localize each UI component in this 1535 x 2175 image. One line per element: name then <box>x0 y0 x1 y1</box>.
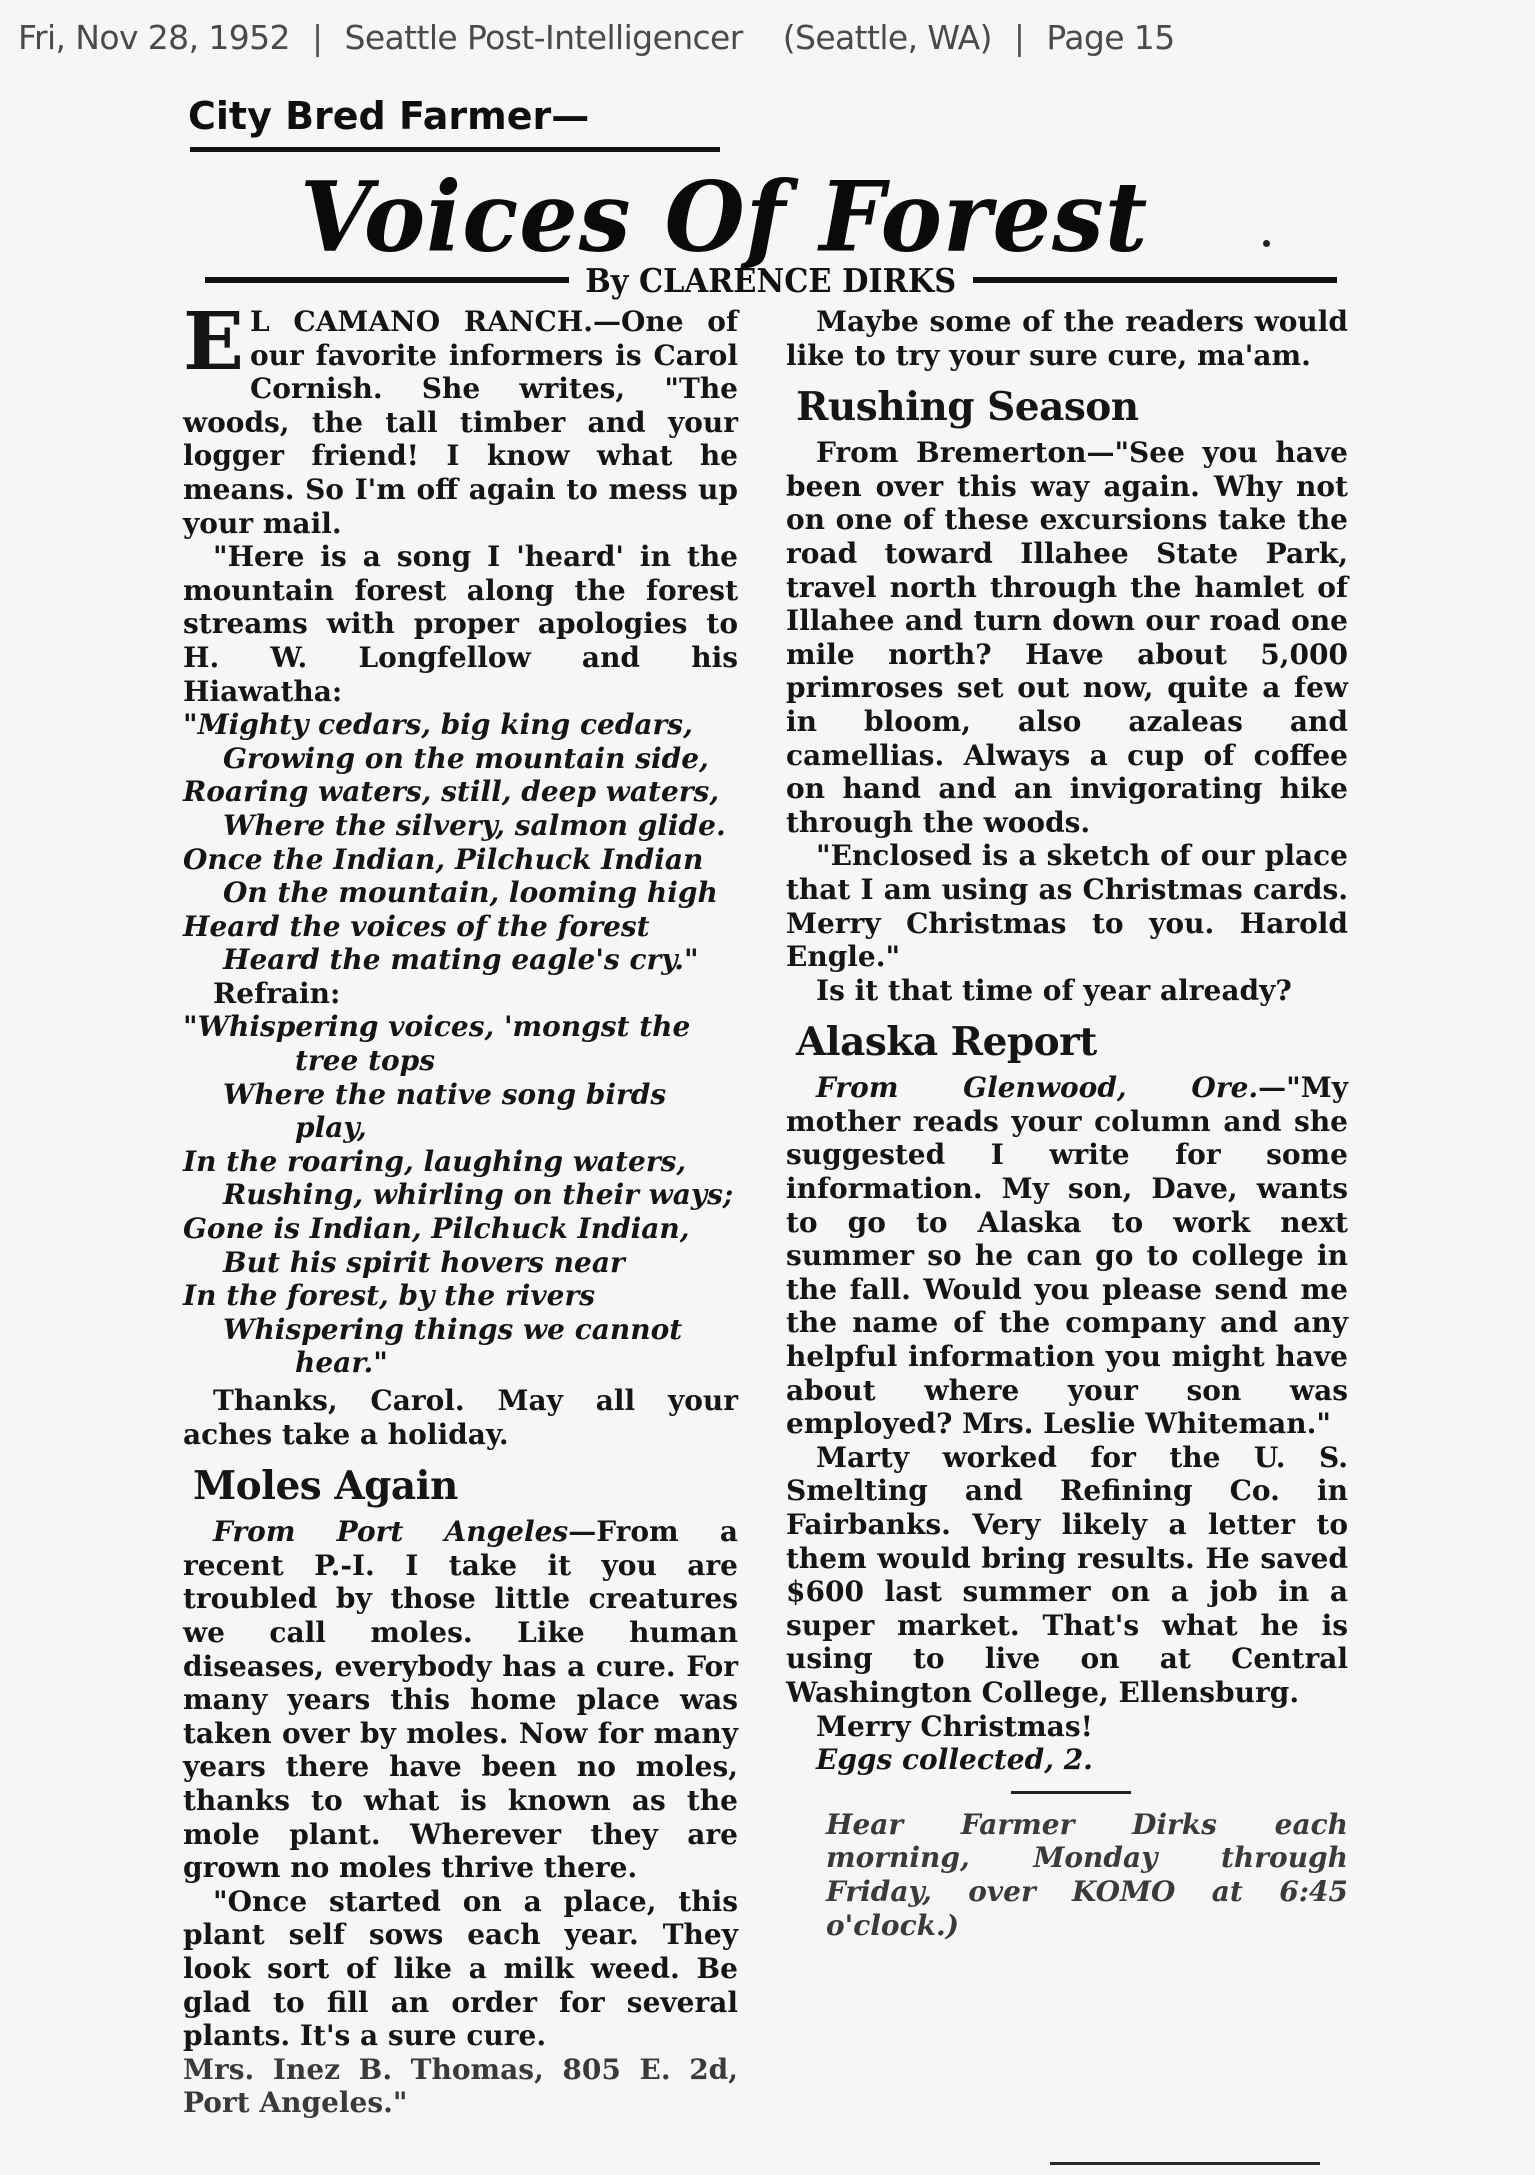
verse-line: Growing on the mountain side, <box>183 742 738 776</box>
verse-line: On the mountain, looming high <box>183 876 738 910</box>
section-end-rule <box>1011 1791 1131 1794</box>
rushing-letter-paragraph: From Bremerton—"See you have been over t… <box>786 436 1348 839</box>
publication-name: Seattle Post-Intelligencer <box>344 18 742 57</box>
refrain-line: play, <box>183 1111 738 1145</box>
rushing-letter-paragraph-2: "Enclosed is a sketch of our place that … <box>786 839 1348 973</box>
right-column: Maybe some of the readers would like to … <box>786 305 1348 1942</box>
print-speck <box>1263 240 1270 247</box>
moles-letter-signature: Mrs. Inez B. Thomas, 805 E. 2d, Port Ang… <box>183 2053 738 2120</box>
kicker-underline <box>190 147 720 152</box>
section-heading-rushing: Rushing Season <box>796 382 1348 432</box>
verse-line: Roaring waters, still, deep waters, <box>183 775 738 809</box>
refrain-line: In the forest, by the rivers <box>183 1279 738 1313</box>
refrain-line: Whispering things we cannot <box>183 1313 738 1347</box>
refrain-line: Where the native song birds <box>183 1078 738 1112</box>
thanks-paragraph: Thanks, Carol. May all your aches take a… <box>183 1384 738 1451</box>
moles-reply: Maybe some of the readers would like to … <box>786 305 1348 372</box>
poem-verse: "Mighty cedars, big king cedars,Growing … <box>183 708 738 977</box>
byline-rule-left <box>205 277 569 283</box>
dateline-place: From Bremerton <box>816 436 1086 469</box>
article-end-rule <box>1050 2162 1320 2165</box>
closing-greeting: Merry Christmas! <box>786 1710 1348 1744</box>
section-heading-alaska: Alaska Report <box>796 1017 1348 1067</box>
verse-line: Heard the voices of the forest <box>183 910 738 944</box>
verse-line: "Mighty cedars, big king cedars, <box>183 708 738 742</box>
refrain-label: Refrain: <box>183 977 738 1011</box>
byline: By CLARENCE DIRKS <box>585 261 956 300</box>
refrain-line: "Whispering voices, 'mongst the <box>183 1010 738 1044</box>
moles-letter-paragraph: From Port Angeles—From a recent P.-I. I … <box>183 1515 738 1885</box>
verse-line: Once the Indian, Pilchuck Indian <box>183 843 738 877</box>
page-number: Page 15 <box>1046 18 1174 57</box>
byline-rule-right <box>973 277 1337 283</box>
refrain-line: But his spirit hovers near <box>183 1246 738 1280</box>
alaska-reply: Marty worked for the U. S. Smelting and … <box>786 1441 1348 1710</box>
refrain-line: hear." <box>183 1346 738 1380</box>
radio-footnote: Hear Farmer Dirks each morning, Monday t… <box>786 1808 1348 1942</box>
refrain-line: Gone is Indian, Pilchuck Indian, <box>183 1212 738 1246</box>
verse-line: Where the silvery, salmon glide. <box>183 809 738 843</box>
publication-date: Fri, Nov 28, 1952 <box>18 18 290 57</box>
intro-paragraph: EL CAMANO RANCH.—One of our favorite inf… <box>183 305 738 540</box>
section-heading-moles: Moles Again <box>193 1461 738 1511</box>
song-intro-paragraph: "Here is a song I 'heard' in the mountai… <box>183 540 738 708</box>
publication-location: (Seattle, WA) <box>783 18 992 57</box>
rushing-reply: Is it that time of year already? <box>786 974 1348 1008</box>
clipping-header: Fri, Nov 28, 1952|Seattle Post-Intellige… <box>18 18 1518 68</box>
left-column: EL CAMANO RANCH.—One of our favorite inf… <box>183 305 738 2120</box>
header-separator: | <box>312 18 323 57</box>
header-separator: | <box>1014 18 1025 57</box>
drop-cap: E <box>183 309 244 373</box>
refrain-line: Rushing, whirling on their ways; <box>183 1178 738 1212</box>
refrain-line: tree tops <box>183 1044 738 1078</box>
eggs-collected: Eggs collected, 2. <box>786 1743 1348 1777</box>
dateline-place: From Glenwood, Ore. <box>816 1071 1258 1104</box>
refrain-line: In the roaring, laughing waters, <box>183 1145 738 1179</box>
poem-refrain: "Whispering voices, 'mongst thetree tops… <box>183 1010 738 1380</box>
alaska-letter-paragraph: From Glenwood, Ore.—"My mother reads you… <box>786 1071 1348 1441</box>
byline-bar: By CLARENCE DIRKS <box>205 258 1337 302</box>
verse-line: Heard the mating eagle's cry." <box>183 943 738 977</box>
dateline-place: From Port Angeles <box>213 1515 568 1548</box>
column-kicker: City Bred Farmer— <box>188 94 589 138</box>
moles-letter-paragraph-2: "Once started on a place, this plant sel… <box>183 1885 738 2053</box>
